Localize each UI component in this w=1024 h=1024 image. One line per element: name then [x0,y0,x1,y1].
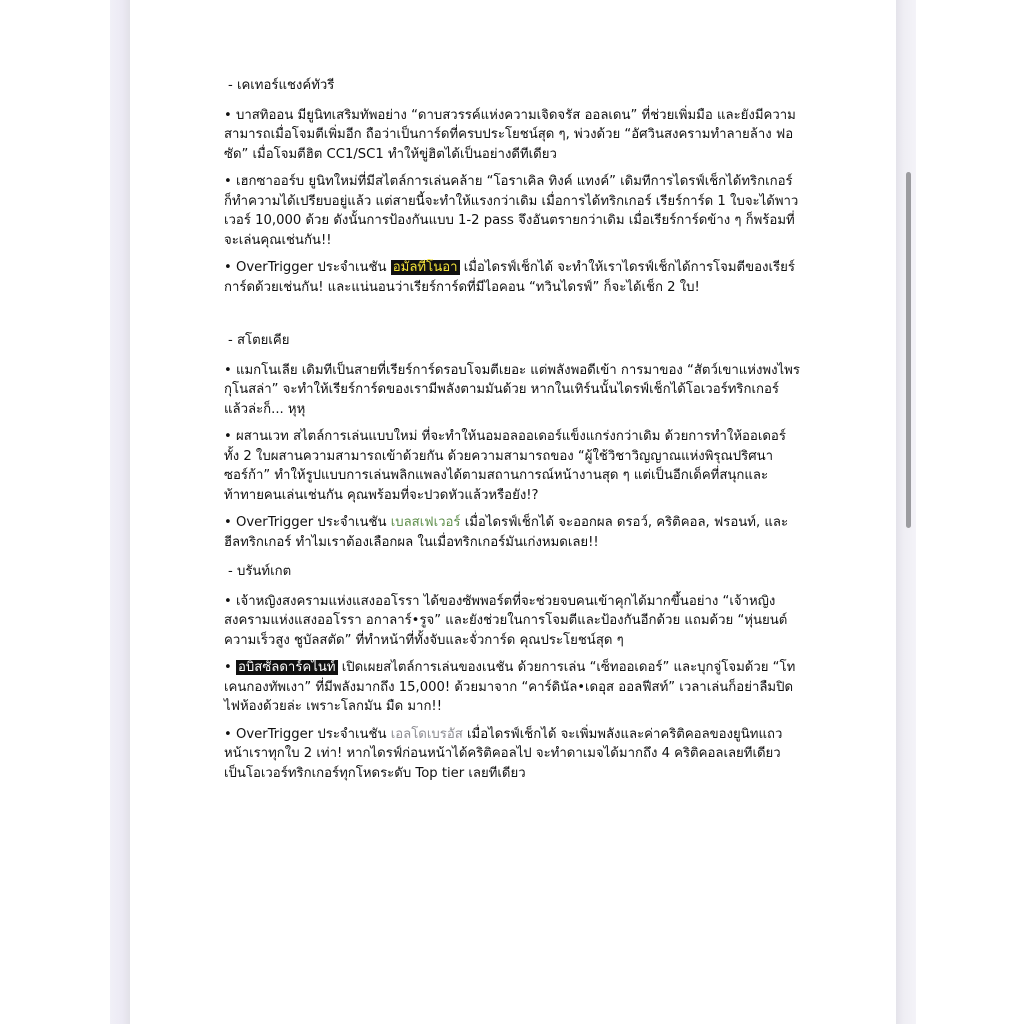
paragraph-overtrigger-keter: • OverTrigger ประจำเนชัน อมัลทีโนอา เมื่… [224,258,800,297]
paragraph-magnolia: • แมกโนเลีย เดิมทีเป็นสายที่เรียร์การ์ดร… [224,361,800,420]
paragraph-text: • OverTrigger ประจำเนชัน [224,727,391,742]
document-content: - เคเทอร์แชงค์ทัวรี • บาสทิออน มียูนิทเส… [224,76,800,791]
section-heading-kagero: - เคเทอร์แชงค์ทัวรี [228,76,800,96]
scrollbar-thumb[interactable] [906,172,911,528]
paragraph-text: • OverTrigger ประจำเนชัน [224,515,391,530]
paragraph-text: • OverTrigger ประจำเนชัน [224,260,391,275]
spacer [224,305,800,331]
paragraph-aurora-valkyrie: • เจ้าหญิงสงครามแห่งแสงออโรรา ได้ของซัพพ… [224,592,800,651]
paragraph-bastion: • บาสทิออน มียูนิทเสริมทัพอย่าง “ดาบสวรร… [224,106,800,165]
left-margin-strip [110,0,130,1024]
section-heading-stoicheia: - สโตยเคีย [228,331,800,351]
document-page: - เคเทอร์แชงค์ทัวรี • บาสทิออน มียูนิทเส… [130,0,896,1024]
paragraph-overtrigger-stoicheia: • OverTrigger ประจำเนชัน เบลสเฟเวอร์ เมื… [224,513,800,552]
highlight-blessfavor: เบลสเฟเวอร์ [391,515,461,530]
paragraph-abyssal-dark-knight: • อบิสซัลดาร์คไนท์ เปิดเผยสไตล์การเล่นขอ… [224,658,800,717]
highlight-amaltinoa: อมัลทีโนอา [391,260,460,275]
paragraph-text: • [224,660,236,675]
paragraph-overtrigger-brandt: • OverTrigger ประจำเนชัน เอลโดเบรอัส เมื… [224,725,800,784]
section-heading-brandt-gate: - บรันท์เกต [228,562,800,582]
paragraph-magic-fusion: • ผสานเวท สไตล์การเล่นแบบใหม่ ที่จะทำให้… [224,427,800,505]
highlight-eldobreath: เอลโดเบรอัส [391,727,463,742]
paragraph-hexaorb: • เฮกซาออร์บ ยูนิทใหม่ที่มีสไตล์การเล่นค… [224,172,800,250]
highlight-abyssal-dark-knight: อบิสซัลดาร์คไนท์ [236,660,338,675]
